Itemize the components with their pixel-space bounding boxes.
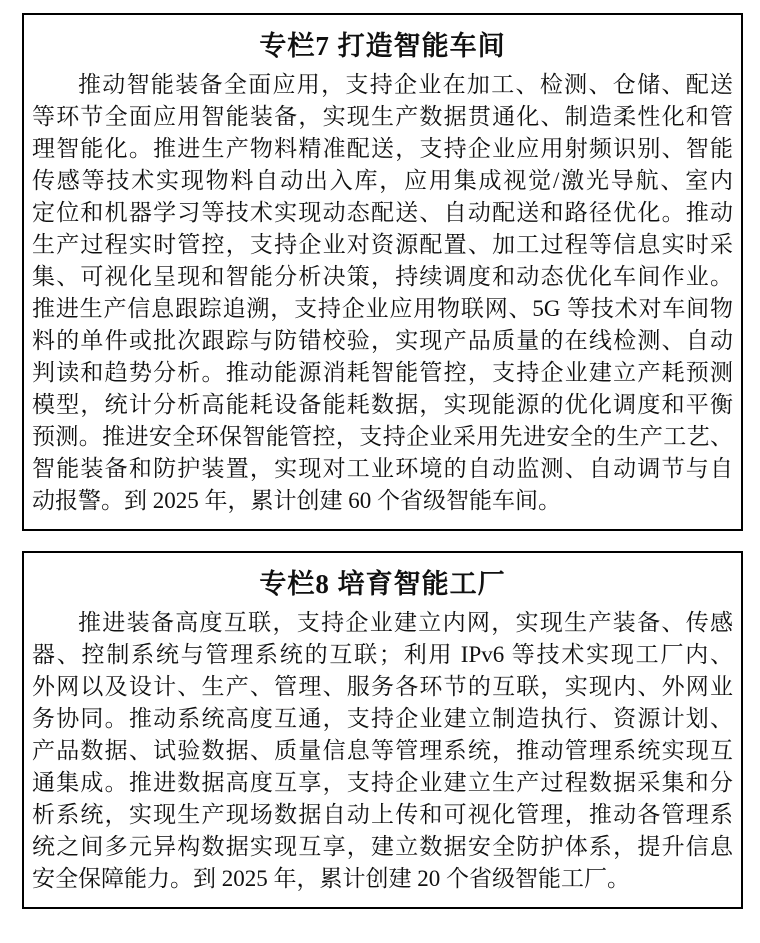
panel-body-column-7: 推动智能装备全面应用，支持企业在加工、检测、仓储、配送 等环节全面应用智能装备，… bbox=[32, 69, 733, 517]
text-line: 传感等技术实现物料自动出入库，应用集成视觉/激光导航、室内 bbox=[32, 165, 733, 197]
text-line: 动报警。到 2025 年，累计创建 60 个省级智能车间。 bbox=[32, 485, 733, 517]
document-page: { "boxes": [ { "title": "专栏7 打造智能车间", "l… bbox=[0, 13, 760, 943]
text-line: 统之间多元异构数据实现互享，建立数据安全防护体系，提升信息 bbox=[32, 831, 733, 863]
text-line: 生产过程实时管控，支持企业对资源配置、加工过程等信息实时采 bbox=[32, 229, 733, 261]
text-line: 判读和趋势分析。推动能源消耗智能管控，支持企业建立产耗预测 bbox=[32, 357, 733, 389]
text-line: 集、可视化呈现和智能分析决策，持续调度和动态优化车间作业。 bbox=[32, 261, 733, 293]
text-line: 定位和机器学习等技术实现动态配送、自动配送和路径优化。推动 bbox=[32, 197, 733, 229]
text-line: 通集成。推进数据高度互享，支持企业建立生产过程数据采集和分 bbox=[32, 767, 733, 799]
text-line: 智能装备和防护装置，实现对工业环境的自动监测、自动调节与自 bbox=[32, 453, 733, 485]
panel-title-column-7: 专栏7 打造智能车间 bbox=[32, 31, 733, 61]
text-line: 务协同。推动系统高度互通，支持企业建立制造执行、资源计划、 bbox=[32, 703, 733, 735]
text-line: 安全保障能力。到 2025 年，累计创建 20 个省级智能工厂。 bbox=[32, 863, 733, 895]
panel-column-8-smart-factory: 专栏8 培育智能工厂 推进装备高度互联，支持企业建立内网，实现生产装备、传感 器… bbox=[22, 551, 743, 909]
text-line: 推动智能装备全面应用，支持企业在加工、检测、仓储、配送 bbox=[32, 69, 733, 101]
text-line: 等环节全面应用智能装备，实现生产数据贯通化、制造柔性化和管 bbox=[32, 101, 733, 133]
text-line: 产品数据、试验数据、质量信息等管理系统，推动管理系统实现互 bbox=[32, 735, 733, 767]
panel-title-column-8: 专栏8 培育智能工厂 bbox=[32, 569, 733, 599]
text-line: 推进装备高度互联，支持企业建立内网，实现生产装备、传感 bbox=[32, 607, 733, 639]
panel-column-7-smart-workshop: 专栏7 打造智能车间 推动智能装备全面应用，支持企业在加工、检测、仓储、配送 等… bbox=[22, 13, 743, 531]
text-line: 模型，统计分析高能耗设备能耗数据，实现能源的优化调度和平衡 bbox=[32, 389, 733, 421]
text-line: 理智能化。推进生产物料精准配送，支持企业应用射频识别、智能 bbox=[32, 133, 733, 165]
text-line: 器、控制系统与管理系统的互联；利用 IPv6 等技术实现工厂内、 bbox=[32, 639, 733, 671]
text-line: 预测。推进安全环保智能管控，支持企业采用先进安全的生产工艺、 bbox=[32, 421, 733, 453]
text-line: 析系统，实现生产现场数据自动上传和可视化管理，推动各管理系 bbox=[32, 799, 733, 831]
text-line: 推进生产信息跟踪追溯，支持企业应用物联网、5G 等技术对车间物 bbox=[32, 293, 733, 325]
panel-body-column-8: 推进装备高度互联，支持企业建立内网，实现生产装备、传感 器、控制系统与管理系统的… bbox=[32, 607, 733, 895]
text-line: 外网以及设计、生产、管理、服务各环节的互联，实现内、外网业 bbox=[32, 671, 733, 703]
text-line: 料的单件或批次跟踪与防错校验，实现产品质量的在线检测、自动 bbox=[32, 325, 733, 357]
